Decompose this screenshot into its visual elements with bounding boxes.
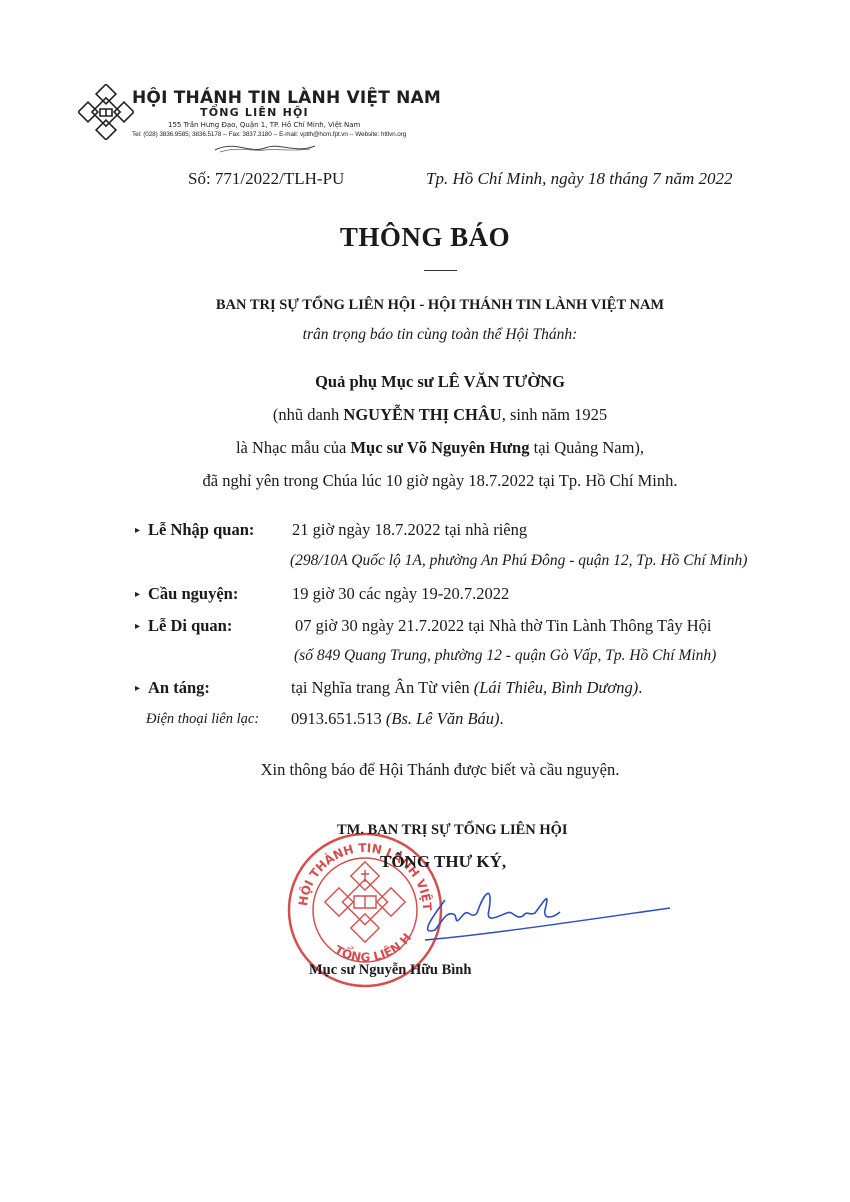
document-number: Số: 771/2022/TLH-PU [188,169,344,189]
schedule-value: tại Nghĩa trang Ân Từ viên (Lái Thiêu, B… [291,678,642,698]
signatory-title: TỔNG THƯ KÝ, [380,852,506,872]
announcement-line-4: đã nghỉ yên trong Chúa lúc 10 giờ ngày 1… [0,471,850,491]
issuer: BAN TRỊ SỰ TỔNG LIÊN HỘI - HỘI THÁNH TIN… [0,297,850,314]
deceased-title: Quả phụ Mục sư [315,372,438,391]
contact-label: Điện thoại liên lạc: [146,711,259,728]
document-title: THÔNG BÁO [0,222,850,253]
relation-prefix: là Nhạc mẫu của [236,438,351,457]
bullet-icon: ▸ [135,621,140,632]
signatory-name: Mục sư Nguyễn Hữu Bình [309,962,471,979]
burial-place: tại Nghĩa trang Ân Từ viên [291,678,474,697]
issuer-subtitle: trân trọng báo tin cùng toàn thể Hội Thá… [0,326,850,344]
schedule-note: (số 849 Quang Trung, phường 12 - quận Gò… [294,647,716,665]
org-name: HỘI THÁNH TIN LÀNH VIỆT NAM [132,88,441,108]
punctuation: . [638,678,642,697]
closing-line: Xin thông báo để Hội Thánh được biết và … [0,760,850,780]
maiden-prefix: (nhũ danh [273,405,344,424]
signature-org: TM. BAN TRỊ SỰ TỔNG LIÊN HỘI [337,822,568,839]
burial-location: (Lái Thiêu, Bình Dương) [474,678,638,697]
handwritten-signature-icon [385,880,675,955]
bullet-icon: ▸ [135,589,140,600]
contact-person: (Bs. Lê Văn Báu) [386,709,500,728]
birth-year: , sinh năm 1925 [502,405,607,424]
org-contact: Tel: (028) 3836.9585; 3836.5178 -- Fax: … [132,131,406,138]
announcement-line-2: (nhũ danh NGUYỄN THỊ CHÂU, sinh năm 1925 [0,405,850,425]
place-date: Tp. Hồ Chí Minh, ngày 18 tháng 7 năm 202… [426,169,732,189]
bullet-icon: ▸ [135,525,140,536]
announcement-line-1: Quả phụ Mục sư LÊ VĂN TƯỜNG [0,372,850,392]
schedule-label: Lễ Di quan: [148,616,232,636]
husband-name: LÊ VĂN TƯỜNG [438,372,565,391]
ornament-divider-icon [210,140,320,156]
schedule-value: 07 giờ 30 ngày 21.7.2022 tại Nhà thờ Tin… [295,616,712,636]
schedule-label: Lễ Nhập quan: [148,520,254,540]
contact-value: 0913.651.513 (Bs. Lê Văn Báu). [291,709,504,729]
relative-name: Mục sư Võ Nguyên Hưng [350,438,529,457]
relation-suffix: tại Quảng Nam), [530,438,645,457]
schedule-label: Cầu nguyện: [148,584,238,604]
cross-emblem-icon [78,84,134,140]
org-subtitle: TỔNG LIÊN HỘI [200,106,309,119]
deceased-name: NGUYỄN THỊ CHÂU [343,405,501,424]
punctuation: . [500,709,504,728]
org-address: 155 Trần Hưng Đạo, Quận 1, TP. Hồ Chí Mi… [168,121,360,129]
title-divider [424,270,457,271]
schedule-note: (298/10A Quốc lộ 1A, phường An Phú Đông … [290,552,747,570]
schedule-value: 21 giờ ngày 18.7.2022 tại nhà riêng [292,520,527,540]
schedule-value: 19 giờ 30 các ngày 19-20.7.2022 [292,584,509,604]
contact-phone: 0913.651.513 [291,709,386,728]
schedule-label: An táng: [148,678,210,698]
announcement-line-3: là Nhạc mẫu của Mục sư Võ Nguyên Hưng tạ… [0,438,850,458]
bullet-icon: ▸ [135,683,140,694]
